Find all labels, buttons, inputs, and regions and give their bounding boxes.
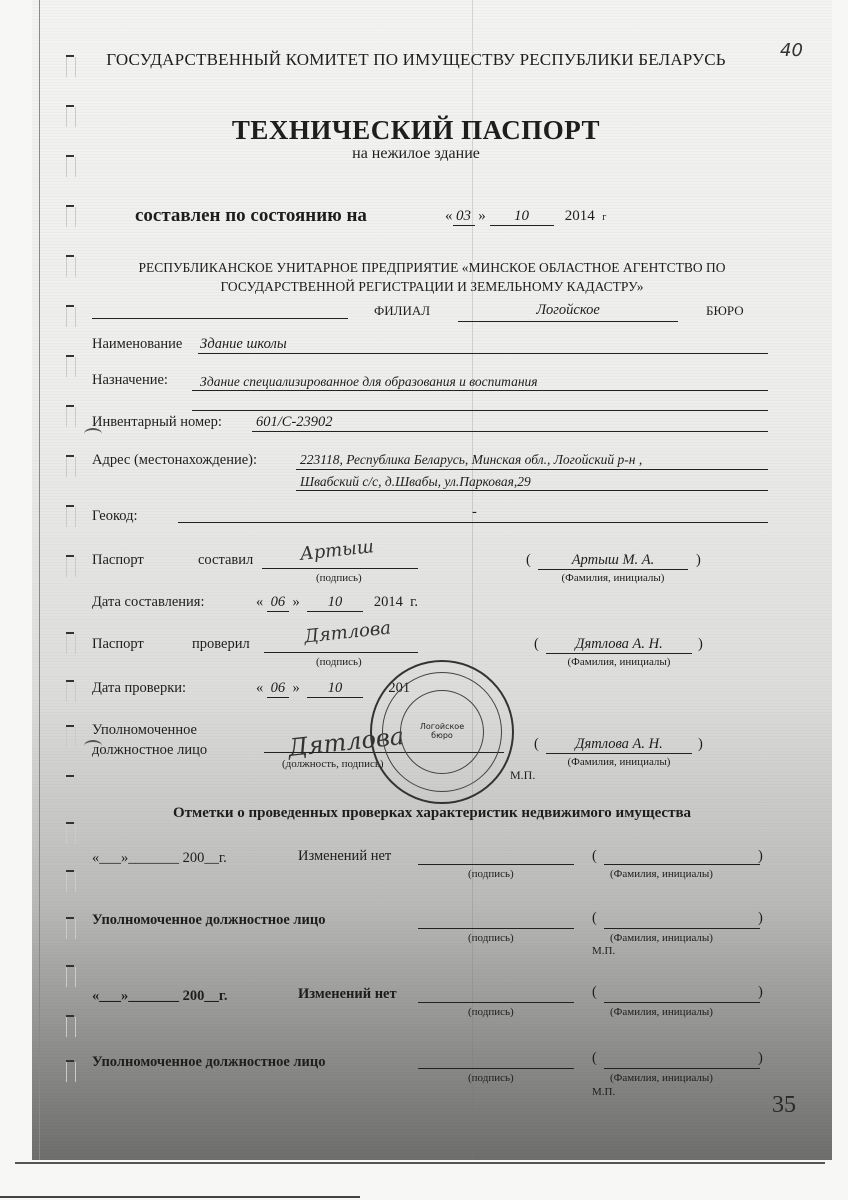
binding-hole <box>66 405 74 407</box>
checked-verb: проверил <box>192 636 250 653</box>
seal-label: М.П. <box>510 768 535 783</box>
binding-hole <box>66 555 74 557</box>
name-caption: (Фамилия, инициалы) <box>610 868 713 880</box>
binding-hole <box>66 255 74 257</box>
address-line-2: Швабский с/с, д.Швабы, ул.Парковая,29 <box>300 474 531 490</box>
state-date-label: составлен по состоянию на <box>135 205 367 227</box>
binding-hole <box>66 305 74 307</box>
address-label: Адрес (местонахождение): <box>92 452 257 469</box>
position-signature-caption: (должность, подпись) <box>282 758 384 770</box>
authorized-name: Дятлова А. Н. <box>546 736 692 754</box>
close-paren: ) <box>758 1050 763 1067</box>
state-year: 2014 <box>565 208 595 224</box>
binding-hole <box>66 1015 74 1017</box>
binding-hole <box>66 355 74 357</box>
inventory-label: Инвентарный номер: <box>92 414 222 431</box>
close-paren: ) <box>698 736 703 753</box>
compiled-month: 10 <box>307 594 363 612</box>
binding-hole <box>66 680 74 682</box>
open-paren: ( <box>534 736 539 753</box>
authorized-label: Уполномоченное должностное лицо <box>92 720 207 760</box>
binding-hole <box>66 775 74 777</box>
page-edge-line <box>0 1196 360 1198</box>
compiler-name: Артыш М. А. <box>538 552 688 570</box>
compiled-label: Паспорт <box>92 552 144 569</box>
check-month: 10 <box>307 680 363 698</box>
close-quote: » <box>478 208 486 224</box>
binding-hole <box>66 822 74 824</box>
open-paren: ( <box>592 910 597 927</box>
page-number: 35 <box>772 1092 796 1119</box>
check-entry-date: «___»_______ 200__г. <box>92 988 227 1005</box>
state-year-suffix: г <box>602 212 606 223</box>
binding-hole <box>66 965 74 967</box>
enterprise-line-2: ГОСУДАРСТВЕННОЙ РЕГИСТРАЦИИ И ЗЕМЕЛЬНОМУ… <box>90 277 774 296</box>
compiled-verb: составил <box>198 552 253 569</box>
check-entry-date: «___»_______ 200__г. <box>92 850 227 867</box>
name-caption: (Фамилия, инициалы) <box>610 932 713 944</box>
no-changes-label: Изменений нет <box>298 986 397 1003</box>
seal-label: М.П. <box>592 945 615 957</box>
close-paren: ) <box>698 636 703 653</box>
check-date-label: Дата проверки: <box>92 680 186 697</box>
open-paren: ( <box>592 984 597 1001</box>
open-quote: « <box>445 208 453 224</box>
binding-hole <box>66 105 74 107</box>
name-value: Здание школы <box>200 336 287 353</box>
check-day: 06 <box>267 680 289 698</box>
state-date: «03 » 10 2014 г <box>445 208 606 226</box>
signature-caption: (подпись) <box>468 868 514 880</box>
name-caption: (Фамилия, инициалы) <box>538 572 688 584</box>
open-paren: ( <box>534 636 539 653</box>
name-caption: (Фамилия, инициалы) <box>546 656 692 668</box>
binding-margin-line <box>39 0 40 1160</box>
document-title: ТЕХНИЧЕСКИЙ ПАСПОРТ <box>0 115 832 146</box>
close-paren: ) <box>758 848 763 865</box>
authorized-official-label: Уполномоченное должностное лицо <box>92 1054 326 1071</box>
inventory-value: 601/С-23902 <box>256 414 333 431</box>
document-page: ГОСУДАРСТВЕННЫЙ КОМИТЕТ ПО ИМУЩЕСТВУ РЕС… <box>32 0 832 1160</box>
geocode-value: - <box>472 504 477 521</box>
binding-hole <box>66 725 74 727</box>
committee-header: ГОСУДАРСТВЕННЫЙ КОМИТЕТ ПО ИМУЩЕСТВУ РЕС… <box>0 50 832 70</box>
compiled-day: 06 <box>267 594 289 612</box>
binding-hole <box>66 870 74 872</box>
official-stamp: Логойское бюро <box>370 660 514 804</box>
fold-line <box>472 0 473 1160</box>
binding-hole <box>66 205 74 207</box>
checks-section-title: Отметки о проведенных проверках характер… <box>32 805 832 822</box>
purpose-value: Здание специализированное для образовани… <box>200 374 538 390</box>
name-caption: (Фамилия, инициалы) <box>610 1006 713 1018</box>
binding-hole <box>66 632 74 634</box>
compiled-date-label: Дата составления: <box>92 594 205 611</box>
binding-hole <box>66 455 74 457</box>
enterprise-line-1: РЕСПУБЛИКАНСКОЕ УНИТАРНОЕ ПРЕДПРИЯТИЕ «М… <box>90 258 774 277</box>
bureau-name: Логойское <box>458 302 678 322</box>
signature-caption: (подпись) <box>468 1006 514 1018</box>
close-paren: ) <box>758 984 763 1001</box>
branch-label: ФИЛИАЛ <box>374 303 430 319</box>
checked-label: Паспорт <box>92 636 144 653</box>
stamp-text: Логойское бюро <box>412 722 472 740</box>
handwritten-page-note: 40 <box>780 40 803 61</box>
name-caption: (Фамилия, инициалы) <box>610 1072 713 1084</box>
compiled-year: 2014 <box>374 594 403 610</box>
no-changes-label: Изменений нет <box>298 848 391 865</box>
page-edge-line <box>15 1162 825 1164</box>
checker-signature: Дятлова <box>303 618 392 648</box>
enterprise-name: РЕСПУБЛИКАНСКОЕ УНИТАРНОЕ ПРЕДПРИЯТИЕ «М… <box>90 258 774 296</box>
open-paren: ( <box>592 1050 597 1067</box>
document-subtitle: на нежилое здание <box>0 145 832 163</box>
address-line-1: 223118, Республика Беларусь, Минская обл… <box>300 452 642 468</box>
name-label: Наименование <box>92 336 182 353</box>
authorized-label-line-1: Уполномоченное <box>92 720 207 740</box>
signature-caption: (подпись) <box>468 1072 514 1084</box>
open-paren: ( <box>592 848 597 865</box>
close-paren: ) <box>696 552 701 569</box>
signature-caption: (подпись) <box>316 572 362 584</box>
open-paren: ( <box>526 552 531 569</box>
authorized-label-line-2: должностное лицо <box>92 740 207 760</box>
geocode-label: Геокод: <box>92 508 138 525</box>
compiler-signature: Артыш <box>299 536 375 565</box>
purpose-label: Назначение: <box>92 372 168 389</box>
state-day: 03 <box>453 208 475 226</box>
checker-name: Дятлова А. Н. <box>546 636 692 654</box>
bureau-label: БЮРО <box>706 303 744 319</box>
signature-caption: (подпись) <box>468 932 514 944</box>
close-paren: ) <box>758 910 763 927</box>
state-month: 10 <box>490 208 554 226</box>
compiled-date: « 06 » 10 2014 г. <box>256 594 418 612</box>
name-caption: (Фамилия, инициалы) <box>546 756 692 768</box>
authorized-official-label: Уполномоченное должностное лицо <box>92 912 326 929</box>
compiled-year-suffix: г. <box>410 594 418 610</box>
signature-caption: (подпись) <box>316 656 362 668</box>
binding-hole <box>66 917 74 919</box>
binding-hole <box>66 1060 74 1062</box>
binding-hole <box>66 505 74 507</box>
seal-label: М.П. <box>592 1086 615 1098</box>
